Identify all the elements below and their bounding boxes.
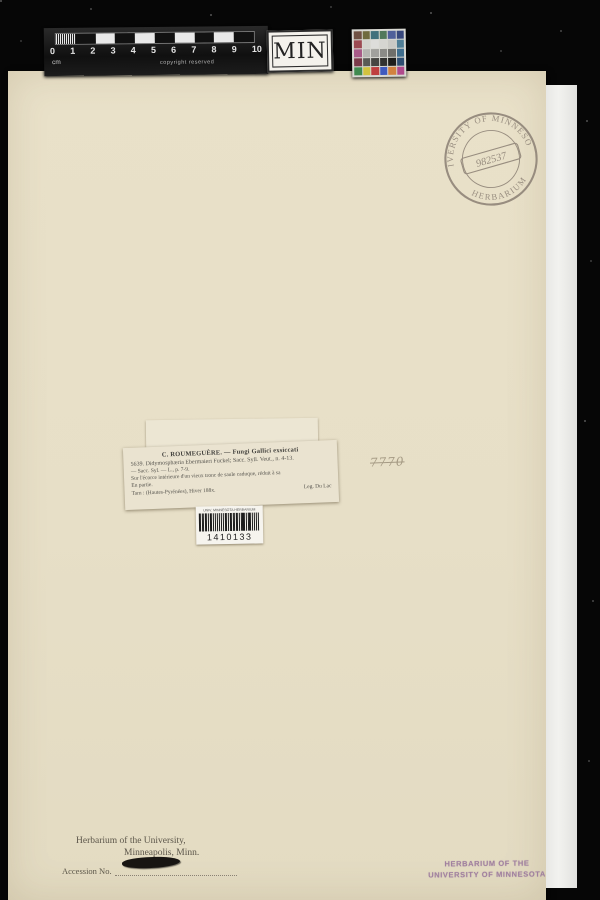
ruler-segment (56, 34, 76, 44)
barcode-bar (258, 512, 259, 530)
ruler-number: 5 (151, 45, 156, 55)
barcode-number: 1410133 (199, 531, 260, 542)
institution-imprint: Herbarium of the University, Minneapolis… (62, 836, 237, 876)
color-swatch (362, 40, 370, 48)
ownership-stamp-line2: UNIVERSITY OF MINNESOTA (420, 868, 554, 880)
barcode-bar (230, 513, 232, 531)
barcode-bar (205, 513, 207, 531)
ruler-segment (95, 33, 115, 43)
ruler-unit-label: cm (52, 59, 61, 66)
ruler-segment (135, 33, 155, 43)
barcode-bar (199, 514, 201, 532)
ruler-number: 2 (90, 46, 95, 56)
color-swatch (396, 31, 404, 39)
ruler-number: 4 (131, 45, 136, 55)
color-swatch (388, 58, 396, 66)
color-swatch (371, 31, 379, 39)
paper-strip-right (546, 85, 577, 888)
color-swatch (371, 49, 379, 57)
ruler-segment (76, 34, 96, 44)
color-swatch (371, 67, 379, 75)
color-swatch (388, 40, 396, 48)
color-calibration-card (352, 29, 407, 78)
color-swatch (379, 49, 387, 57)
barcode-bar (216, 513, 218, 531)
color-swatch (388, 67, 396, 75)
color-swatch (388, 49, 396, 57)
barcode-bar (242, 513, 245, 531)
color-swatch (397, 67, 405, 75)
ruler-number: 0 (50, 46, 55, 56)
barcode-bar (209, 513, 212, 531)
color-swatch (362, 31, 370, 39)
color-swatch (354, 40, 362, 48)
color-swatch (363, 67, 371, 75)
barcode-bar (249, 513, 251, 531)
color-swatch (396, 40, 404, 48)
exsiccati-label: C. ROUMEGUÈRE. — Fungi Gallici exsiccati… (123, 440, 339, 510)
institution-line2: Minneapolis, Minn. (124, 848, 237, 858)
label-collector: Leg. Du Lac (304, 482, 332, 491)
barcode-bar (236, 513, 238, 531)
color-swatch (379, 40, 387, 48)
dust-specks (0, 0, 2, 2)
min-code-label: MIN (272, 34, 329, 67)
color-swatch (354, 49, 362, 57)
accession-no-label: Accession No. (62, 866, 112, 876)
ruler-number: 3 (111, 45, 116, 55)
barcode-bar (254, 513, 256, 531)
color-swatch (354, 58, 362, 66)
ruler-segment (194, 32, 214, 42)
ownership-stamp: HERBARIUM OF THE UNIVERSITY OF MINNESOTA (420, 857, 554, 880)
pencil-annotation: 7770 (370, 454, 405, 469)
ruler-copyright-text: copyright reserved (122, 59, 252, 66)
color-swatch (362, 49, 370, 57)
color-swatch (363, 58, 371, 66)
barcode-label: UNIV. MINNESOTA HERBARIUM 1410133 (196, 505, 264, 544)
color-swatch (397, 58, 405, 66)
ruler-scale-blocks (55, 31, 255, 45)
min-herbarium-code-box: MIN (267, 29, 334, 72)
ruler-segment (175, 33, 195, 43)
scale-ruler: 012345678910 cm copyright reserved (44, 26, 268, 76)
ruler-number: 6 (171, 45, 176, 55)
color-swatch (354, 31, 362, 39)
institution-line1: Herbarium of the University, (76, 836, 237, 846)
barcode-bar (224, 513, 227, 531)
color-swatch (380, 58, 388, 66)
ruler-segment (115, 33, 135, 43)
color-swatch (388, 31, 396, 39)
color-swatch (379, 31, 387, 39)
color-swatch (396, 49, 404, 57)
color-swatch (354, 67, 362, 75)
ruler-number: 1 (70, 46, 75, 56)
specimen-photo: 012345678910 cm copyright reserved MIN U… (0, 0, 600, 900)
ruler-number: 7 (191, 45, 196, 55)
ruler-number: 9 (232, 44, 237, 54)
ruler-segment (155, 33, 175, 43)
ruler-number: 8 (211, 44, 216, 54)
ruler-segment (214, 32, 234, 42)
color-swatch (371, 58, 379, 66)
color-swatch (371, 40, 379, 48)
barcode-bars (199, 512, 260, 531)
ruler-number: 10 (252, 44, 262, 54)
ruler-numbers: 012345678910 (50, 44, 262, 56)
color-swatch (380, 67, 388, 75)
ruler-segment (234, 32, 254, 42)
